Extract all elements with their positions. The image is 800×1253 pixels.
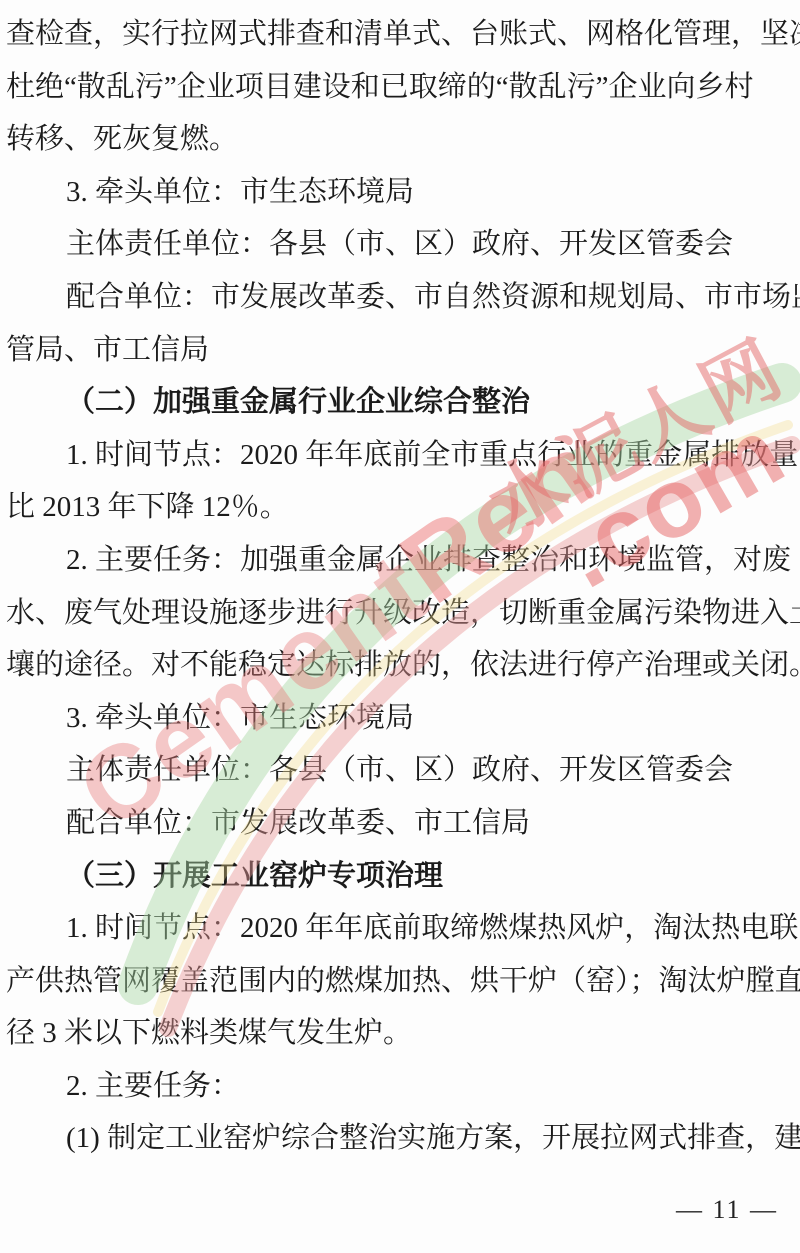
document-body: 查检查，实行拉网式排查和清单式、台账式、网格化管理，坚决 杜绝“散乱污”企业项目… [6, 8, 794, 1165]
text-line: 配合单位：市发展改革委、市工信局 [6, 797, 794, 850]
text-line: 管局、市工信局 [6, 324, 794, 377]
text-line: 主体责任单位：各县（市、区）政府、开发区管委会 [6, 218, 794, 271]
text-line: 1. 时间节点：2020 年年底前全市重点行业的重金属排放量 [6, 429, 794, 482]
text-line: 查检查，实行拉网式排查和清单式、台账式、网格化管理，坚决 [6, 8, 794, 61]
text-line: 水、废气处理设施逐步进行升级改造，切断重金属污染物进入土 [6, 587, 794, 640]
text-line: 2. 主要任务：加强重金属企业排查整治和环境监管，对废 [6, 534, 794, 587]
text-line: 杜绝“散乱污”企业项目建设和已取缔的“散乱污”企业向乡村 [6, 61, 794, 114]
page-number: — 11 — [676, 1195, 778, 1225]
text-line: 配合单位：市发展改革委、市自然资源和规划局、市市场监 [6, 271, 794, 324]
text-line: 主体责任单位：各县（市、区）政府、开发区管委会 [6, 744, 794, 797]
text-line: 比 2013 年下降 12％。 [6, 481, 794, 534]
text-line: 壤的途径。对不能稳定达标排放的，依法进行停产治理或关闭。 [6, 639, 794, 692]
text-line: 转移、死灰复燃。 [6, 113, 794, 166]
text-line: 1. 时间节点：2020 年年底前取缔燃煤热风炉，淘汰热电联 [6, 902, 794, 955]
text-line: 2. 主要任务： [6, 1060, 794, 1113]
section-heading: （三）开展工业窑炉专项治理 [6, 850, 794, 903]
text-line: 3. 牵头单位：市生态环境局 [6, 166, 794, 219]
text-line: 径 3 米以下燃料类煤气发生炉。 [6, 1007, 794, 1060]
document-page: 查检查，实行拉网式排查和清单式、台账式、网格化管理，坚决 杜绝“散乱污”企业项目… [0, 0, 800, 1253]
text-line: 3. 牵头单位：市生态环境局 [6, 692, 794, 745]
section-heading: （二）加强重金属行业企业综合整治 [6, 376, 794, 429]
text-line: 产供热管网覆盖范围内的燃煤加热、烘干炉（窑）；淘汰炉膛直 [6, 955, 794, 1008]
text-line: (1) 制定工业窑炉综合整治实施方案，开展拉网式排查，建 [6, 1112, 794, 1165]
